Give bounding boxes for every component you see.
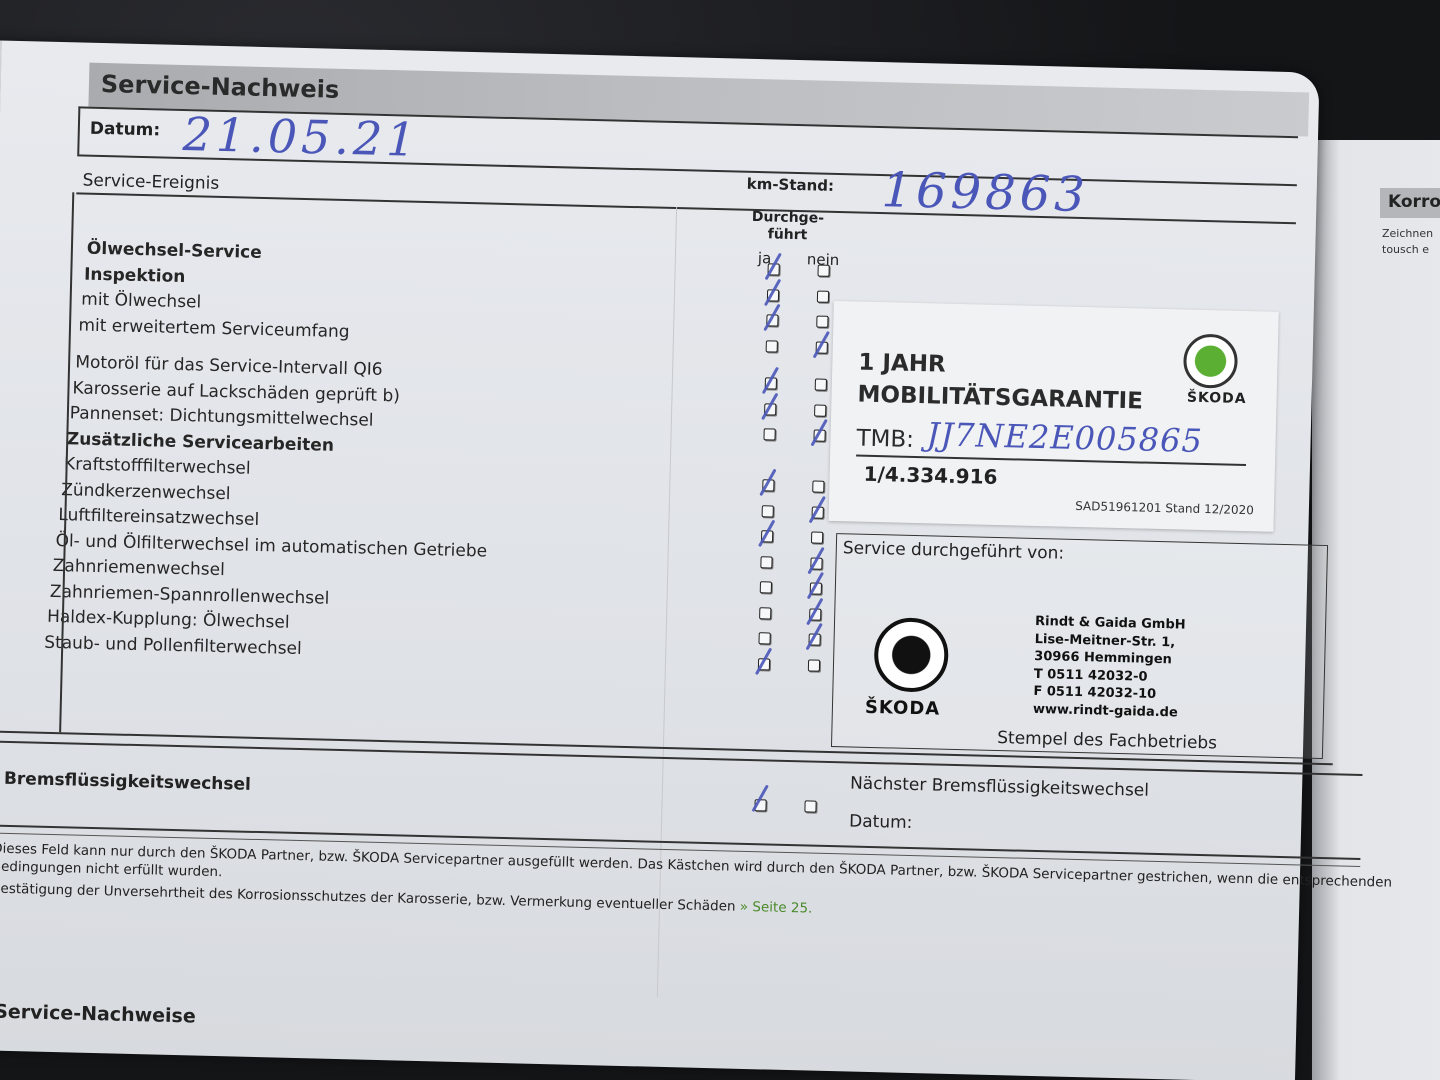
- dealer-address: Rindt & Gaida GmbH Lise-Meitner-Str. 1, …: [1033, 613, 1186, 722]
- section-heading: Zusätzliche Servicearbeiten: [67, 429, 335, 456]
- service-item-label: Haldex-Kupplung: Ölwechsel: [47, 607, 290, 633]
- next-brake-date-label: Datum:: [849, 811, 913, 833]
- brake-nein-checkbox[interactable]: [804, 800, 816, 812]
- page-edge: [0, 40, 2, 1080]
- date-value[interactable]: 21.05.21: [182, 107, 420, 167]
- service-event-label: Service-Ereignis: [82, 171, 219, 194]
- checkbox-nein[interactable]: [808, 659, 820, 671]
- sticker-code: SAD51961201 Stand 12/2020: [1075, 499, 1254, 517]
- service-item-label: Staub- und Pollenfilterwechsel: [44, 632, 302, 658]
- page-title: Service-Nachweis: [101, 70, 340, 104]
- done-header: Durchge- führt: [751, 209, 824, 245]
- service-item-label: Pannenset: Dichtungsmittelwechsel: [69, 403, 373, 430]
- checkbox-nein[interactable]: [812, 480, 824, 492]
- stamp-brand: ŠKODA: [865, 697, 941, 720]
- service-booklet-page: Service-Nachweis Datum: 21.05.21 km-Stan…: [0, 40, 1320, 1080]
- checkbox-ja[interactable]: [763, 428, 775, 440]
- service-item-label: Öl- und Ölfilterwechsel im automatischen…: [55, 530, 487, 561]
- checkbox-nein[interactable]: [817, 290, 829, 302]
- next-brake-label: Nächster Bremsflüssigkeitswechsel: [850, 773, 1149, 800]
- footer-title: Service-Nachweise: [0, 1001, 196, 1028]
- brake-fluid-label: Bremsflüssigkeitswechsel: [4, 769, 251, 795]
- checkbox-ja[interactable]: [760, 581, 772, 593]
- service-item-label: Luftfiltereinsatzwechsel: [58, 505, 259, 530]
- next-page-peek: Korro Zeichnen tousch e: [1312, 140, 1440, 1080]
- mobility-guarantee-sticker: 1 JAHR MOBILITÄTSGARANTIE TMB: JJ7NE2E00…: [829, 301, 1279, 532]
- skoda-logo-icon: [1183, 334, 1238, 389]
- checkbox-ja[interactable]: [762, 505, 774, 517]
- checkbox-ja[interactable]: [759, 607, 771, 619]
- checkbox-ja[interactable]: [760, 556, 772, 568]
- service-item-label: Zündkerzenwechsel: [61, 480, 231, 504]
- checkbox-nein[interactable]: [814, 404, 826, 416]
- tmb-value[interactable]: JJ7NE2E005865: [926, 415, 1203, 460]
- dealer-stamp-box: Service durchgeführt von: ŠKODA Rindt & …: [831, 533, 1328, 759]
- page-25-link[interactable]: » Seite 25.: [740, 899, 813, 917]
- checkbox-nein[interactable]: [817, 265, 829, 277]
- checkbox-ja[interactable]: [758, 632, 770, 644]
- service-item-label: Zahnriemen-Spannrollenwechsel: [50, 581, 330, 608]
- checkbox-ja[interactable]: [766, 340, 778, 352]
- checkbox-nein[interactable]: [811, 531, 823, 543]
- service-item-label: Inspektion: [84, 264, 186, 286]
- service-item-label: Motoröl für das Service-Intervall QI6: [75, 352, 383, 380]
- skoda-stamp-logo-icon: [873, 617, 949, 693]
- date-label: Datum:: [90, 119, 161, 141]
- km-label: km-Stand:: [746, 175, 834, 195]
- service-item-label: Zahnriemenwechsel: [53, 556, 226, 580]
- footnote-a2: Bedingungen nicht erfüllt wurden.: [0, 859, 223, 881]
- service-item-label: Karosserie auf Lackschäden geprüft b): [72, 378, 400, 406]
- checkbox-nein[interactable]: [815, 379, 827, 391]
- next-page-header: Korro: [1380, 188, 1440, 218]
- next-page-text: Zeichnen tousch e: [1382, 226, 1433, 258]
- service-item-label: mit Ölwechsel: [81, 290, 201, 313]
- sticker-number: 1/4.334.916: [863, 462, 997, 489]
- service-item-label: Ölwechsel-Service: [87, 239, 262, 263]
- service-item-label: Kraftstofffilterwechsel: [64, 454, 251, 479]
- service-item-label: mit erweitertem Serviceumfang: [78, 315, 350, 342]
- skoda-wordmark: ŠKODA: [1187, 390, 1247, 407]
- footnote-b: Bestätigung der Unversehrtheit des Korro…: [0, 881, 813, 917]
- checkbox-nein[interactable]: [816, 316, 828, 328]
